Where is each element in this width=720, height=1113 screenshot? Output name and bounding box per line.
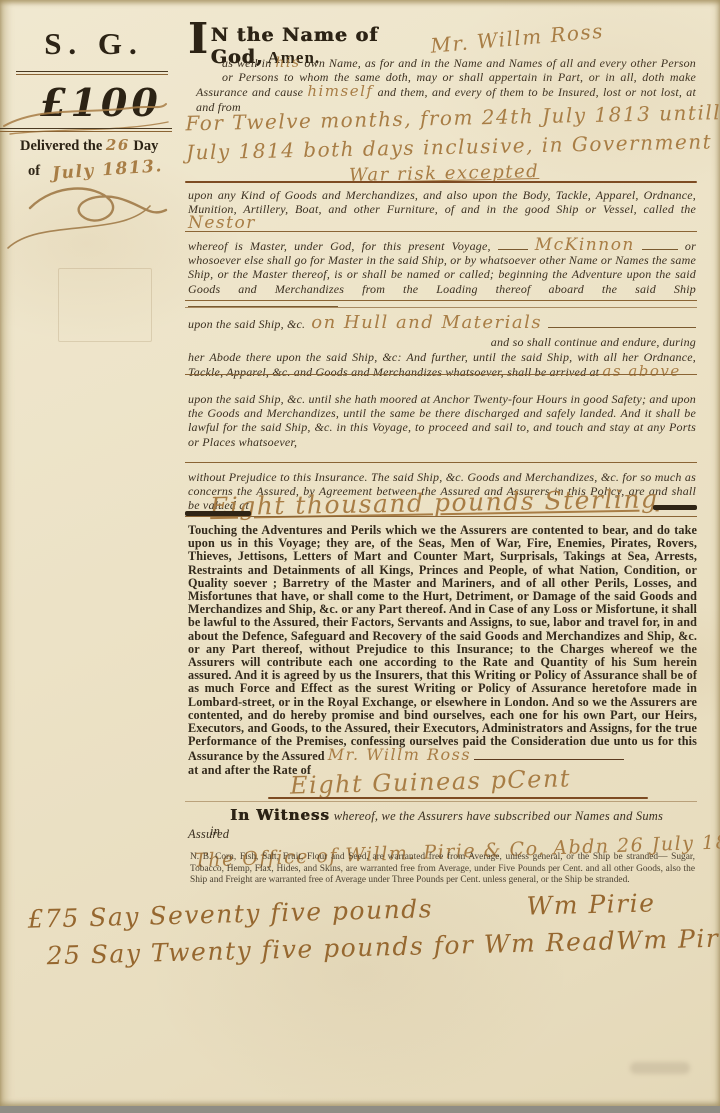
rate-script: Eight Guineas pCent (290, 764, 572, 799)
goods-rule (185, 231, 697, 232)
of-label: of (28, 163, 40, 179)
witness-in-label: in (210, 824, 220, 838)
screenshot-root: { "colors": { "paper": "#ece2c6", "print… (0, 0, 720, 1113)
master-name-script: McKinnon (535, 235, 635, 255)
settlement-signature-2: Wm Pirie (616, 923, 720, 955)
heading-dropcap: I (188, 24, 209, 54)
opening-text-1: as well in (222, 56, 271, 70)
valuation-underrule (185, 516, 697, 517)
hull-script: on Hull and Materials (311, 312, 542, 333)
own-name-script: his (275, 55, 300, 71)
dropcap-spacer (196, 56, 222, 82)
hull-section: upon the said Ship, &c. on Hull and Mate… (188, 312, 696, 380)
valuation-bar-right (653, 505, 697, 510)
master-text-1: whereof is Master, under God, for this p… (188, 239, 491, 253)
assured-name-script: Mr. Willm Ross (429, 10, 700, 57)
period-rule (185, 181, 697, 183)
delivered-of-line: of July 1813. (28, 160, 163, 180)
hull-rule-a (185, 300, 697, 301)
goods-text: upon any Kind of Goods and Merchandizes,… (188, 188, 696, 216)
continue-line: and so shall continue and endure, during (188, 335, 696, 349)
mooring-paragraph: upon the said Ship, &c. until she hath m… (188, 392, 696, 449)
settlement-line-2: 25 Say Twenty five pounds for Wm Read Wm… (46, 924, 697, 970)
master-blank-fill (498, 239, 528, 250)
sg-header: S. G. (14, 26, 174, 62)
rate-underrule (185, 801, 697, 802)
policy-paper: S. G. £100 Delivered the 26 Day of July … (0, 0, 720, 1106)
delivered-line: Delivered the 26 Day (20, 136, 175, 155)
delivered-double-rule (0, 128, 172, 132)
margin-column: S. G. (14, 26, 174, 75)
abode-paragraph: her Abode there upon the said Ship, &c: … (188, 350, 696, 379)
photo-edge (0, 1106, 720, 1113)
delivered-date-script: July 1813. (51, 156, 163, 184)
nb-paragraph: N. B. Corn, Fish, Salt, Fruit, Flour and… (190, 852, 695, 887)
valuation-rule (185, 462, 697, 463)
perils-paragraph: Touching the Adventures and Perils which… (188, 524, 697, 777)
delivered-day-word: Day (133, 138, 158, 154)
perils-text: Touching the Adventures and Perils which… (188, 523, 697, 763)
settlement-signature-1: Wm Pirie (526, 888, 656, 920)
arrived-script: as above (602, 362, 680, 380)
settlement-amount-1: £75 Say Seventy five pounds (27, 894, 433, 934)
hull-line: upon the said Ship, &c. on Hull and Mate… (188, 312, 696, 333)
ship-blank-fill (188, 296, 338, 307)
insured-period-script: For Twelve months, from 24th July 1813 u… (185, 101, 702, 190)
master-blank-fill-2 (642, 239, 678, 250)
delivered-label: Delivered the (20, 138, 102, 154)
settlement-amount-2: 25 Say Twenty five pounds for Wm Read (46, 926, 616, 970)
hull-blank-fill (548, 317, 696, 328)
settlement-block: £75 Say Seventy five pounds Wm Pirie 25 … (27, 887, 696, 970)
delivered-day-script: 26 (106, 136, 130, 154)
assured-blank-fill (474, 749, 624, 760)
sg-double-rule (16, 71, 168, 75)
assured-name2-script: Mr. Willm Ross (328, 745, 471, 764)
embossed-stamp (58, 268, 152, 342)
pencil-smudge (630, 1062, 690, 1074)
rate-underline (268, 797, 648, 799)
goods-paragraph: upon any Kind of Goods and Merchandizes,… (188, 188, 696, 232)
cause-script: himself (307, 82, 373, 100)
mooring-rule (185, 374, 697, 375)
hull-label: upon the said Ship, &c. (188, 317, 305, 331)
hull-rule-b (185, 307, 697, 308)
